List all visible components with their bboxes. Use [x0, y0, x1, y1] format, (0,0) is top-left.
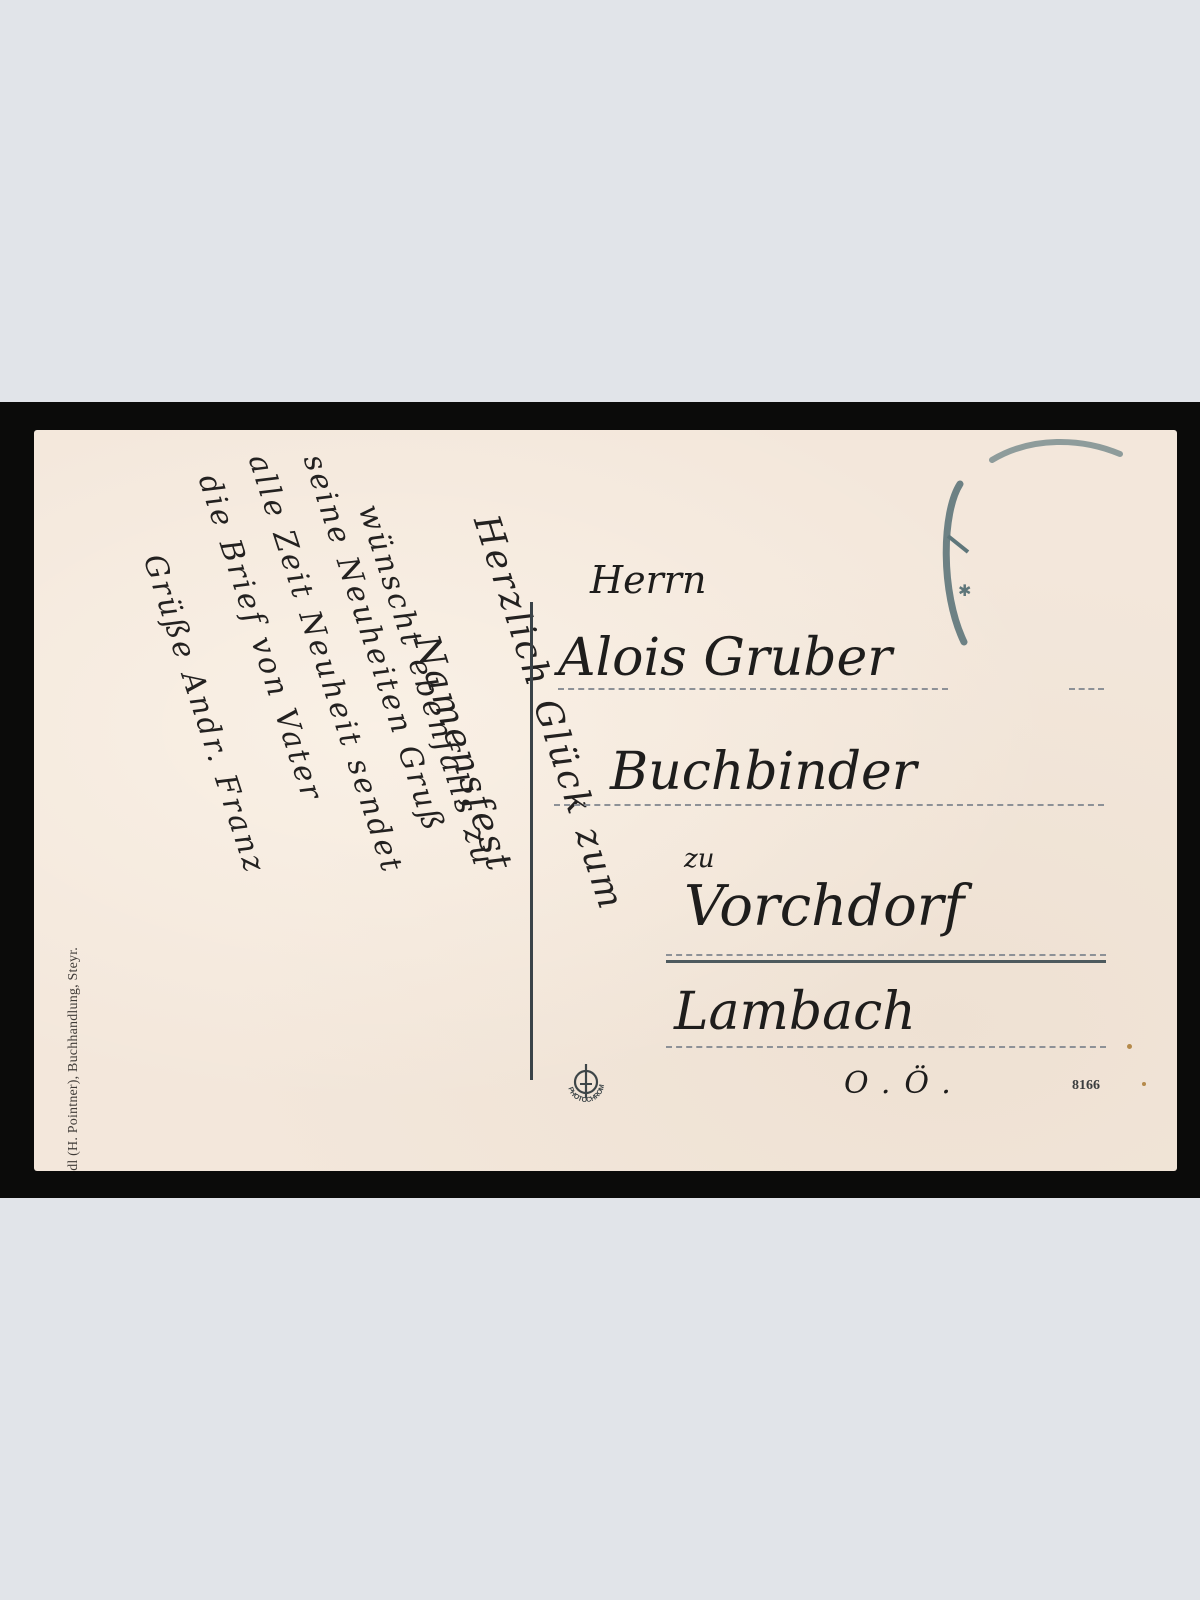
postmark-icon: ✱	[902, 432, 1142, 652]
photochromie-logo-icon: PHOTOCHROMIE	[560, 1058, 612, 1110]
address-line-2	[554, 804, 1104, 806]
logo-text: PHOTOCHROMIE	[560, 1058, 606, 1104]
publisher-imprint: Verlag K. Lindl (H. Pointner), Buchhandl…	[66, 730, 84, 1171]
address-name: Alois Gruber	[558, 628, 892, 688]
address-line-1	[558, 688, 948, 690]
address-line-3	[666, 954, 1106, 956]
svg-text:✱: ✱	[958, 581, 971, 600]
address-line-1-tail	[1069, 688, 1104, 690]
handwritten-message: Herzlich Glück zum Namensfest wünscht eb…	[114, 450, 534, 1150]
scan-background-frame: Verlag K. Lindl (H. Pointner), Buchhandl…	[0, 402, 1200, 1198]
address-line-4	[666, 1046, 1106, 1048]
address-post-office: Lambach	[674, 982, 916, 1042]
address-divider-line	[530, 602, 533, 1080]
card-number: 8166	[1072, 1078, 1100, 1094]
address-prefix: zu	[684, 844, 714, 874]
address-region: O.Ö.	[844, 1066, 965, 1101]
paper-spot	[1142, 1082, 1146, 1086]
paper-spot	[1127, 1044, 1132, 1049]
address-town: Vorchdorf	[684, 874, 964, 939]
address-occupation: Buchbinder	[610, 742, 917, 802]
address-line-3-solid	[666, 960, 1106, 963]
address-salutation: Herrn	[590, 558, 706, 602]
svg-text:PHOTOCHROMIE: PHOTOCHROMIE	[560, 1058, 606, 1104]
postcard-back: Verlag K. Lindl (H. Pointner), Buchhandl…	[34, 430, 1177, 1171]
